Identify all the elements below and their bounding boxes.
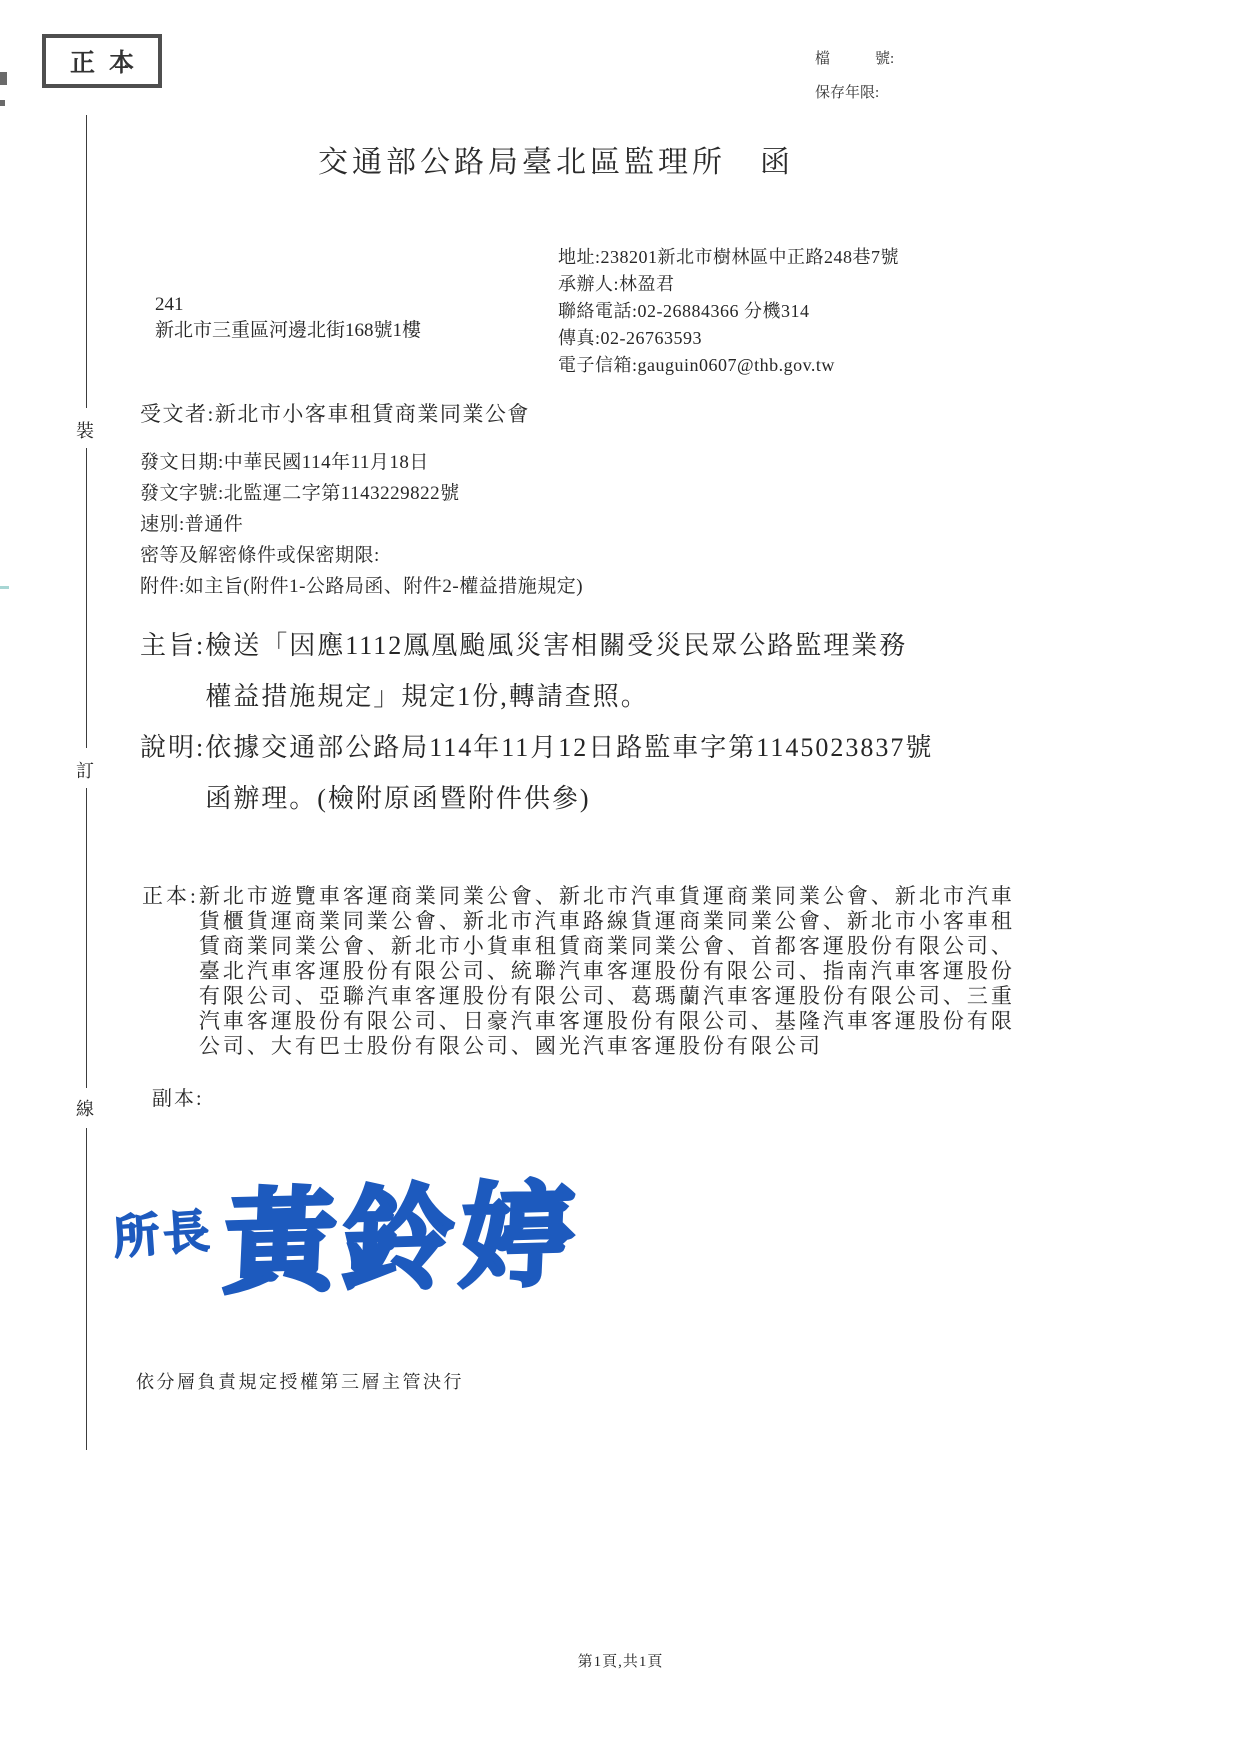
addressee-line: 受文者:新北市小客車租賃商業同業公會 bbox=[140, 398, 530, 428]
sender-fax: 傳真:02-26763593 bbox=[558, 325, 899, 352]
original-copy-stamp: 正本 bbox=[42, 34, 162, 88]
description-text: 依據交通部公路局114年11月12日路監車字第1145023837號 函辦理。(… bbox=[205, 722, 933, 824]
sender-phone: 聯絡電話:02-26884366 分機314 bbox=[558, 298, 899, 325]
sender-address: 地址:238201新北市樹林區中正路248巷7號 bbox=[558, 244, 899, 271]
binding-mark-zhuang: 裝 bbox=[76, 417, 94, 443]
recipient-zip: 241 bbox=[155, 292, 421, 318]
original-recipients-section: 正本: 新北市遊覽車客運商業同業公會、新北市汽車貨運商業同業公會、新北市汽車 貨… bbox=[142, 884, 1089, 1059]
subject-label: 主旨: bbox=[140, 620, 205, 671]
binding-line bbox=[86, 1128, 87, 1450]
description-section: 說明: 依據交通部公路局114年11月12日路監車字第1145023837號 函… bbox=[140, 722, 933, 824]
binding-line bbox=[86, 788, 87, 1088]
scan-artifact bbox=[0, 72, 7, 85]
document-metadata: 發文日期:中華民國114年11月18日 發文字號:北監運二字第114322982… bbox=[140, 447, 583, 602]
recipient-postal-block: 241 新北市三重區河邊北街168號1樓 bbox=[155, 292, 421, 344]
original-recipients-list: 新北市遊覽車客運商業同業公會、新北市汽車貨運商業同業公會、新北市汽車 貨櫃貨運商… bbox=[199, 884, 1089, 1059]
document-title: 交通部公路局臺北區監理所 函 bbox=[318, 137, 794, 181]
stamp-label: 正本 bbox=[56, 43, 148, 79]
issue-number: 發文字號:北監運二字第1143229822號 bbox=[140, 478, 583, 509]
retention-period-label: 保存年限: bbox=[815, 76, 894, 110]
issue-date: 發文日期:中華民國114年11月18日 bbox=[140, 447, 583, 478]
page-number: 第1頁,共1頁 bbox=[0, 1650, 1241, 1671]
cc-label: 副本: bbox=[152, 1082, 204, 1111]
subject-section: 主旨: 檢送「因應1112鳳凰颱風災害相關受災民眾公路監理業務 權益措施規定」規… bbox=[140, 620, 907, 722]
signature-title: 所長 bbox=[111, 1195, 215, 1268]
description-label: 說明: bbox=[140, 722, 205, 773]
security-class: 密等及解密條件或保密期限: bbox=[140, 540, 583, 571]
speed-class: 速別:普通件 bbox=[140, 509, 583, 540]
scan-artifact bbox=[0, 100, 5, 106]
signature-name: 黃鈴婷 bbox=[221, 1145, 583, 1315]
scan-artifact bbox=[0, 586, 9, 589]
sender-contact-block: 地址:238201新北市樹林區中正路248巷7號 承辦人:林盈君 聯絡電話:02… bbox=[558, 244, 899, 379]
file-number-label: 檔 號: bbox=[815, 42, 894, 76]
archive-labels: 檔 號: 保存年限: bbox=[815, 42, 894, 110]
binding-mark-ding: 訂 bbox=[76, 757, 94, 783]
sender-email: 電子信箱:gauguin0607@thb.gov.tw bbox=[558, 352, 899, 379]
original-recipients-label: 正本: bbox=[142, 884, 199, 909]
document-page: 正本 檔 號: 保存年限: 裝 訂 線 交通部公路局臺北區監理所 函 地址:23… bbox=[0, 0, 1241, 1755]
recipient-street-address: 新北市三重區河邊北街168號1樓 bbox=[155, 318, 421, 344]
authorization-note: 依分層負責規定授權第三層主管決行 bbox=[136, 1368, 464, 1394]
binding-line bbox=[86, 448, 87, 748]
subject-text: 檢送「因應1112鳳凰颱風災害相關受災民眾公路監理業務 權益措施規定」規定1份,… bbox=[205, 620, 907, 722]
attachment-note: 附件:如主旨(附件1-公路局函、附件2-權益措施規定) bbox=[140, 571, 583, 602]
sender-contact-person: 承辦人:林盈君 bbox=[558, 271, 899, 298]
binding-mark-xian: 線 bbox=[76, 1095, 94, 1121]
binding-line bbox=[86, 115, 87, 408]
